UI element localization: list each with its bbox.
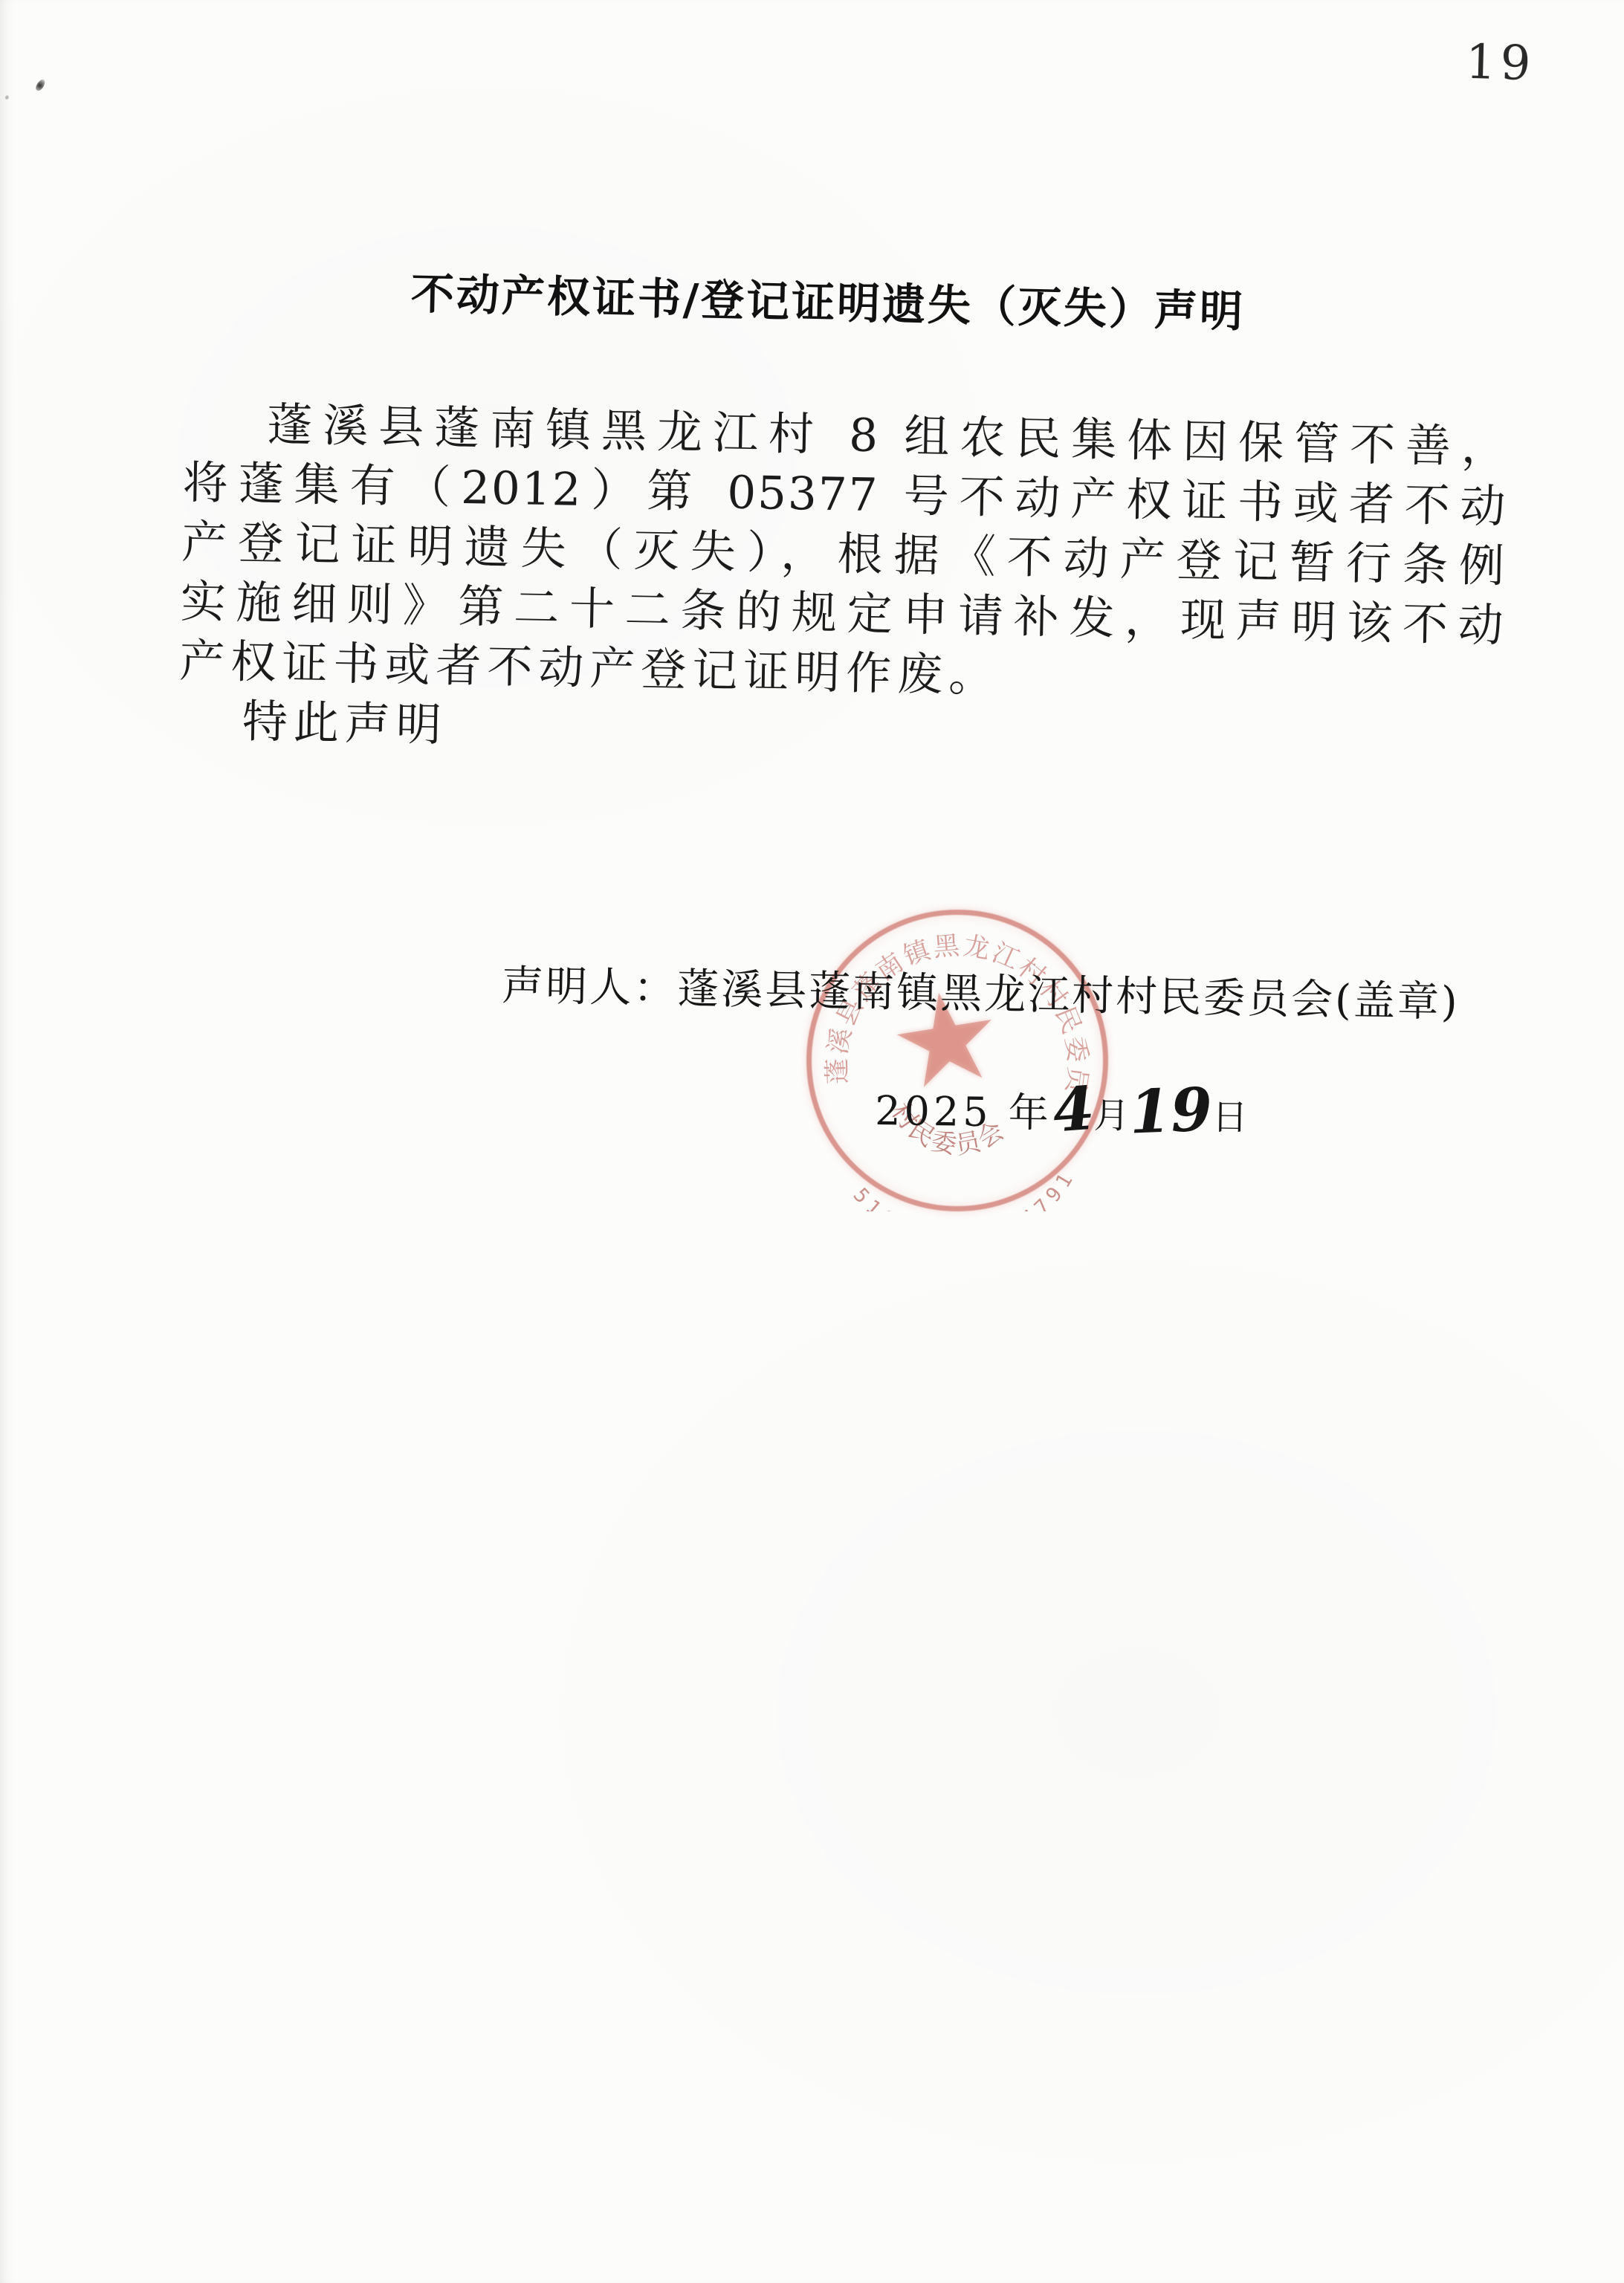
date-line: 2025 年4月19日 xyxy=(875,1069,1249,1144)
date-month-handwritten: 4 xyxy=(1050,1073,1096,1146)
official-seal: ★ 蓬溪县蓬南镇黑龙江村村民委员会 村民委员会 5103 4791 xyxy=(806,910,1108,1211)
document-title: 不动产权证书/登记证明遗失（灭失）声明 xyxy=(410,259,1246,339)
date-day-unit: 日 xyxy=(1211,1096,1248,1139)
svg-text:4791: 4791 xyxy=(1018,1165,1081,1211)
date-day-handwritten: 19 xyxy=(1128,1074,1214,1147)
scanned-document-page: 19 不动产权证书/登记证明遗失（灭失）声明 蓬溪县蓬南镇黑龙江村 8 组农民集… xyxy=(0,0,1624,2283)
date-year: 2025 年 xyxy=(875,1087,1052,1136)
ink-speck xyxy=(34,78,47,92)
date-month-unit: 月 xyxy=(1093,1095,1130,1137)
body-paragraph: 蓬溪县蓬南镇黑龙江村 8 组农民集体因保管不善， 将蓬集有（2012）第 053… xyxy=(178,394,1508,775)
seal-code-left: 5103 xyxy=(849,1184,917,1211)
declarant-line: 声明人：蓬溪县蓬南镇黑龙江村村民委员会(盖章) xyxy=(502,953,1460,1029)
page-number: 19 xyxy=(1465,35,1536,91)
seal-text-layer: 蓬溪县蓬南镇黑龙江村村民委员会 村民委员会 5103 4791 xyxy=(806,910,1108,1211)
seal-ring-border xyxy=(806,910,1108,1211)
svg-text:5103: 5103 xyxy=(849,1184,917,1211)
ink-speck xyxy=(4,94,10,100)
seal-code-right: 4791 xyxy=(1018,1165,1081,1211)
